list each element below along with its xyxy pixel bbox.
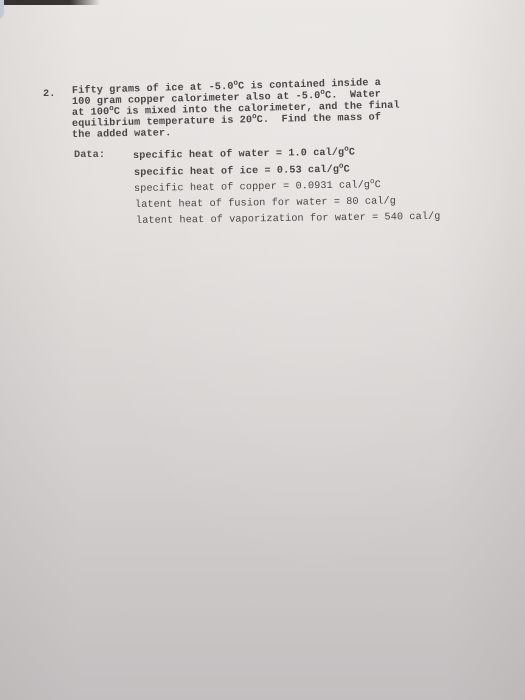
- data-label: Data:: [74, 150, 105, 161]
- problem-sheet: 2. Fifty grams of ice at -5.0oC is conta…: [0, 0, 525, 700]
- question-number: 2.: [43, 89, 55, 100]
- data-item-specific-heat-water: specific heat of water = 1.0 cal/goC: [133, 148, 355, 162]
- data-item-latent-heat-vaporization: latent heat of vaporization for water = …: [136, 212, 441, 227]
- data-item-specific-heat-copper: specific heat of copper = 0.0931 cal/goC: [134, 180, 381, 195]
- problem-line-5: the added water.: [72, 128, 172, 141]
- data-item-specific-heat-ice: specific heat of ice = 0.53 cal/goC: [134, 165, 350, 179]
- data-item-latent-heat-fusion: latent heat of fusion for water = 80 cal…: [135, 196, 396, 211]
